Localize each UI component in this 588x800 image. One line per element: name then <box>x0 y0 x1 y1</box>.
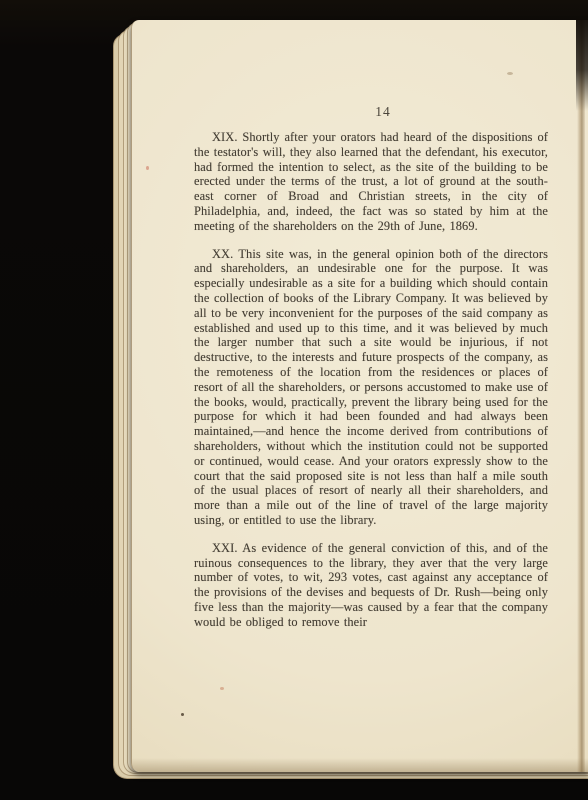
foxing-spot <box>181 713 184 716</box>
paragraph-xix: XIX. Shortly after your orators had hear… <box>194 130 548 234</box>
page-right-edge <box>577 20 585 772</box>
bottom-edge-shade <box>132 758 588 772</box>
foxing-spot <box>220 687 224 690</box>
book-page: 14 XIX. Shortly after your orators had h… <box>131 20 588 772</box>
paragraph-xx: XX. This site was, in the general opinio… <box>194 247 548 528</box>
page-number: 14 <box>206 104 560 120</box>
top-right-shadow <box>576 19 588 111</box>
foxing-spot <box>146 166 149 170</box>
paragraph-xxi: XXI. As evidence of the general convicti… <box>194 541 548 630</box>
page-content: 14 XIX. Shortly after your orators had h… <box>194 20 548 643</box>
book-photo: 14 XIX. Shortly after your orators had h… <box>0 0 588 800</box>
